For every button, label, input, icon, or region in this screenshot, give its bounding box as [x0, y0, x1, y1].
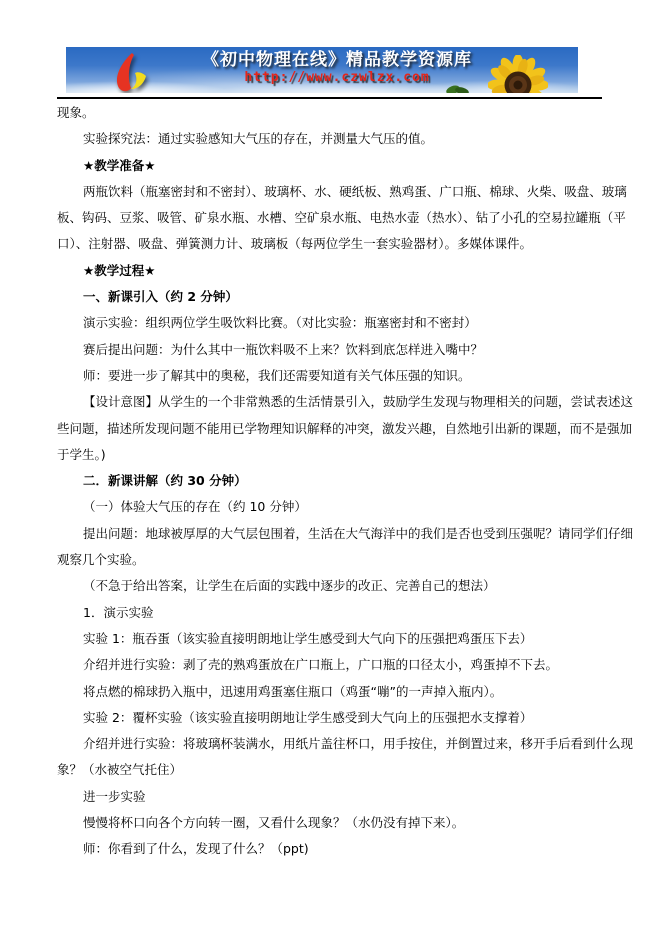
doc-line: 象？（水被空气托住） — [57, 757, 647, 783]
doc-line: （一）体验大气压的存在（约 10 分钟） — [57, 494, 647, 520]
doc-line: 于学生。) — [57, 442, 647, 468]
doc-line: 实验探究法：通过实验感知大气压的存在，并测量大气压的值。 — [57, 126, 647, 152]
doc-line: 介绍并进行实验：剥了壳的熟鸡蛋放在广口瓶上，广口瓶的口径太小，鸡蛋掉不下去。 — [57, 652, 647, 678]
doc-heading: 二．新课讲解（约 30 分钟） — [57, 468, 647, 494]
sunflower-icon — [488, 55, 548, 93]
doc-line: 赛后提出问题：为什么其中一瓶饮料吸不上来？饮料到底怎样进入嘴中？ — [57, 337, 647, 363]
doc-line: 提出问题：地球被厚厚的大气层包围着，生活在大气海洋中的我们是否也受到压强呢？请同… — [57, 521, 647, 547]
document-body: 现象。 实验探究法：通过实验感知大气压的存在，并测量大气压的值。 ★教学准备★ … — [57, 100, 647, 863]
doc-line: 两瓶饮料（瓶塞密封和不密封）、玻璃杯、水、硬纸板、熟鸡蛋、广口瓶、棉球、火柴、吸… — [57, 179, 647, 205]
doc-line: 师：你看到了什么，发现了什么？（ppt) — [57, 836, 647, 862]
doc-line: 1．演示实验 — [57, 600, 647, 626]
doc-heading: ★教学过程★ — [57, 258, 647, 284]
doc-line: 现象。 — [57, 100, 647, 126]
header-divider — [57, 97, 602, 99]
doc-line: 口）、注射器、吸盘、弹簧测力计、玻璃板（每两位学生一套实验器材）。多媒体课件。 — [57, 231, 647, 257]
doc-line: 介绍并进行实验：将玻璃杯装满水，用纸片盖往杯口，用手按住，并倒置过来，移开手后看… — [57, 731, 647, 757]
doc-line: 【设计意图】从学生的一个非常熟悉的生活情景引入，鼓励学生发现与物理相关的问题，尝… — [57, 389, 647, 415]
doc-line: 进一步实验 — [57, 784, 647, 810]
doc-line: 师：要进一步了解其中的奥秘，我们还需要知道有关气体压强的知识。 — [57, 363, 647, 389]
leaves-icon — [446, 84, 470, 93]
doc-line: 板、钩码、豆浆、吸管、矿泉水瓶、水槽、空矿泉水瓶、电热水壶（热水）、钻了小孔的空… — [57, 205, 647, 231]
doc-line: 将点燃的棉球扔入瓶中，迅速用鸡蛋塞住瓶口（鸡蛋“嘣”的一声掉入瓶内）。 — [57, 679, 647, 705]
doc-line: 慢慢将杯口向各个方向转一圈，又看什么现象？（水仍没有掉下来）。 — [57, 810, 647, 836]
site-banner-image: 《初中物理在线》精品教学资源库 http://www.czwlzx.com — [66, 47, 578, 93]
doc-heading: ★教学准备★ — [57, 153, 647, 179]
doc-heading: 一、新课引入（约 2 分钟） — [57, 284, 647, 310]
doc-line: 实验 2：覆杯实验（该实验直接明朗地让学生感受到大气向上的压强把水支撑着） — [57, 705, 647, 731]
doc-line: 实验 1：瓶吞蛋（该实验直接明朗地让学生感受到大气向下的压强把鸡蛋压下去） — [57, 626, 647, 652]
doc-line: （不急于给出答案，让学生在后面的实践中逐步的改正、完善自己的想法） — [57, 573, 647, 599]
doc-line: 些问题，描述所发现问题不能用已学物理知识解释的冲突，激发兴趣，自然地引出新的课题… — [57, 416, 647, 442]
doc-line: 观察几个实验。 — [57, 547, 647, 573]
doc-line: 演示实验：组织两位学生吸饮料比赛。（对比实验：瓶塞密封和不密封） — [57, 310, 647, 336]
document-page: 《初中物理在线》精品教学资源库 http://www.czwlzx.com — [0, 0, 661, 935]
